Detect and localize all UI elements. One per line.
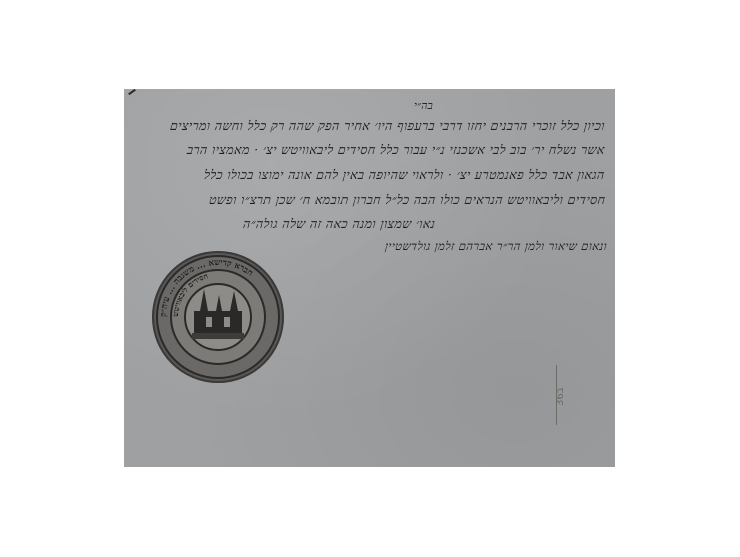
text-line-1: וכיון כלל זוכרי הרבנים יחזו דרבי ברעפוף … <box>169 118 606 134</box>
building-icon <box>186 281 250 345</box>
document-paper: בה״י וכיון כלל זוכרי הרבנים יחזו דרבי בר… <box>124 89 615 467</box>
signature-line: ונאום שיאור ולמן הר״ר אברהם זלמן גולדשטי… <box>384 239 607 253</box>
text-line-4: חסידים וליבאוויטש הנראים כולו הבה כל״ל ח… <box>208 192 606 208</box>
corner-mark <box>128 89 136 95</box>
text-line-2: אשר נשלח יר׳ בוב לבי אשכנזי נ״י עבור כלל… <box>186 142 605 158</box>
margin-note: ב36 <box>555 388 595 406</box>
document-heading: בה״י <box>414 99 433 112</box>
text-line-5: נאו׳ שמצון ומנה כאה זה שלה גולה״ה <box>242 216 436 232</box>
official-seal: חברא קדישא ... משגבה ... עיה״ק חסידים לי… <box>152 251 284 383</box>
text-line-3: הגאון אבד כלל פאנמטרע יצ׳ · ולראוי שהיופ… <box>203 167 605 183</box>
